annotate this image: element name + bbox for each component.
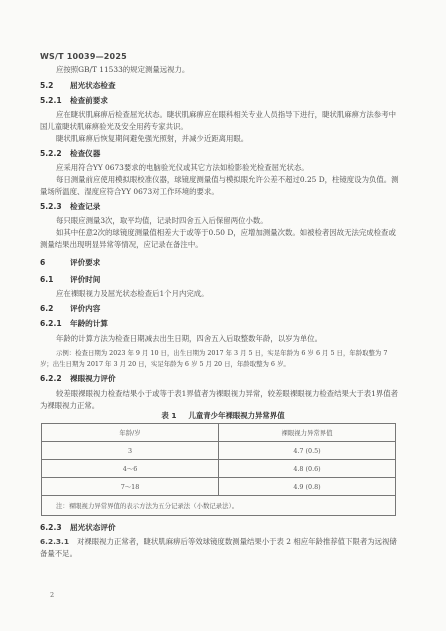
doc-code-header: WS/T 10039—2025 bbox=[40, 52, 127, 61]
table-header-row: 年龄/岁 裸眼视力异常界值 bbox=[42, 424, 396, 442]
table-note-row: 注：裸眼视力异常界值的表示方法为五分记录法（小数记录法）。 bbox=[42, 496, 396, 516]
heading-5-2-1: 5.2.1检查前要求 bbox=[40, 95, 108, 106]
paragraph: 每日测量前应使用模拟眼校准仪器，球镜度测量值与模拟眼允许公差不超过0.25 D，… bbox=[40, 174, 400, 198]
table-row: 3 4.7 (0.5) bbox=[42, 442, 396, 460]
heading-5-2-3: 5.2.3检查记录 bbox=[40, 201, 100, 212]
heading-6: 6评价要求 bbox=[40, 257, 100, 268]
table-row: 7～18 4.9 (0.8) bbox=[42, 478, 396, 496]
heading-5-2: 5.2屈光状态检查 bbox=[40, 80, 116, 91]
heading-5-2-2: 5.2.2检查仪器 bbox=[40, 148, 100, 159]
paragraph: 应采用符合YY 0673要求的电脑验光仪或其它方法如检影验光检查屈光状态。 bbox=[40, 162, 400, 174]
heading-6-2-3: 6.2.3屈光状态评价 bbox=[40, 522, 116, 533]
table-cell: 4.9 (0.8) bbox=[219, 478, 396, 496]
example-paragraph: 示例：检查日期为 2023 年 9 月 10 日，出生日期为 2017 年 3 … bbox=[40, 348, 400, 370]
paragraph: 应在睫状肌麻痹后检查屈光状态。睫状肌麻痹应在眼科相关专业人员指导下进行，睫状肌麻… bbox=[40, 109, 400, 133]
paragraph: 睫状肌麻痹后恢复期间避免强光照射，并减少近距离用眼。 bbox=[40, 133, 400, 145]
paragraph: 如其中任意2次的球镜度测量值相差大于或等于0.50 D，应增加测量次数。如被检者… bbox=[40, 227, 400, 251]
column-header: 年龄/岁 bbox=[42, 424, 219, 442]
page-number: 2 bbox=[50, 591, 54, 599]
table-cell: 4.8 (0.6) bbox=[219, 460, 396, 478]
clause-number: 6.2.3.1 bbox=[40, 537, 69, 546]
paragraph: 每只眼应测量3次，取平均值，记录时四舍五入后保留两位小数。 bbox=[40, 215, 400, 227]
paragraph: 应在裸眼视力及屈光状态检查后1个月内完成。 bbox=[40, 288, 400, 300]
paragraph: 应按照GB/T 11533的规定测量远视力。 bbox=[40, 64, 400, 76]
table-cell: 7～18 bbox=[42, 478, 219, 496]
table-cell: 4.7 (0.5) bbox=[219, 442, 396, 460]
table-row: 4～6 4.8 (0.6) bbox=[42, 460, 396, 478]
column-header: 裸眼视力异常界值 bbox=[219, 424, 396, 442]
table-cell: 4～6 bbox=[42, 460, 219, 478]
paragraph: 年龄的计算方法为检查日期减去出生日期，四舍五入后取整数年龄，以岁为单位。 bbox=[40, 333, 400, 345]
table-caption: 表 1儿童青少年裸眼视力异常界值 bbox=[0, 410, 446, 421]
vision-threshold-table: 年龄/岁 裸眼视力异常界值 3 4.7 (0.5) 4～6 4.8 (0.6) … bbox=[41, 423, 396, 516]
paragraph: 较差眼裸眼视力检查结果小于或等于表1界值者为裸眼视力异常，较差眼裸眼视力检查结果… bbox=[40, 388, 400, 412]
clause-text: 对裸眼视力正常者，睫状肌麻痹后等效球镜度数测量结果小于表 2 相应年龄推荐值下限… bbox=[40, 537, 397, 558]
heading-6-2-1: 6.2.1年龄的计算 bbox=[40, 318, 108, 329]
table-cell: 3 bbox=[42, 442, 219, 460]
heading-6-2: 6.2评价内容 bbox=[40, 303, 100, 314]
heading-6-1: 6.1评价时间 bbox=[40, 274, 100, 285]
heading-6-2-2: 6.2.2裸眼视力评价 bbox=[40, 373, 116, 384]
document-page: WS/T 10039—2025 应按照GB/T 11533的规定测量远视力。 5… bbox=[0, 0, 446, 631]
table-note: 注：裸眼视力异常界值的表示方法为五分记录法（小数记录法）。 bbox=[42, 496, 396, 516]
paragraph-6-2-3-1: 6.2.3.1对裸眼视力正常者，睫状肌麻痹后等效球镜度数测量结果小于表 2 相应… bbox=[40, 536, 400, 560]
